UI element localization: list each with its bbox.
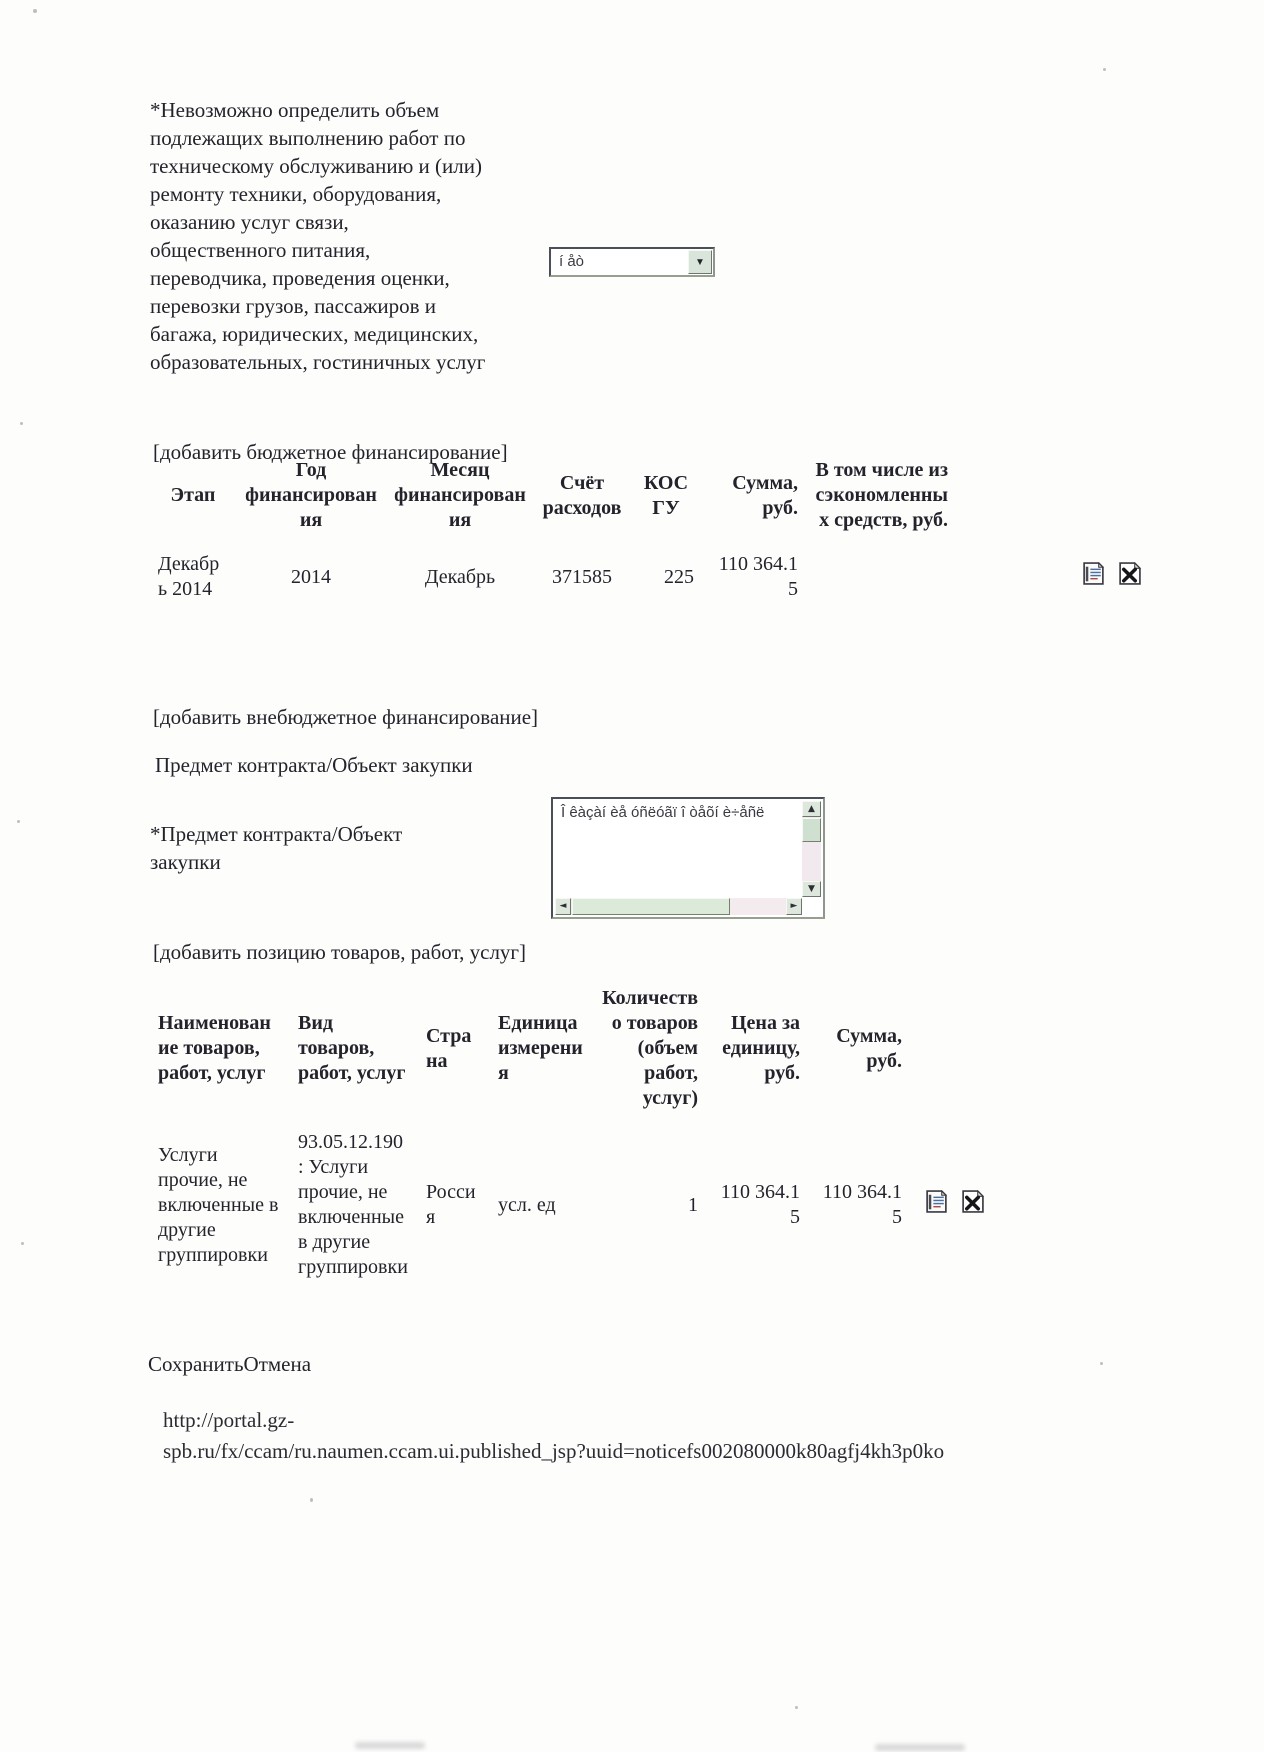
arrow-up-glyph: ▲ xyxy=(808,804,815,814)
delete-x-icon xyxy=(1117,561,1142,586)
col-country: Страна xyxy=(418,983,490,1114)
scan-speck xyxy=(1100,1362,1103,1365)
scan-speck xyxy=(795,1706,798,1709)
add-extrabudget-financing-link[interactable]: [добавить внебюджетное финансирование] xyxy=(153,705,538,730)
scan-speck xyxy=(1103,68,1106,71)
edit-document-icon xyxy=(924,1189,949,1214)
horizontal-scroll-thumb[interactable] xyxy=(572,898,730,915)
financing-header-row: Этап Год финансирования Месяц финансиров… xyxy=(150,455,1150,536)
items-table: Наименование товаров, работ, услуг Вид т… xyxy=(150,983,1162,1283)
scan-speck xyxy=(21,1242,24,1245)
row-actions xyxy=(910,1114,1162,1283)
cell-quantity: 1 xyxy=(592,1114,706,1283)
volume-undefined-select[interactable]: í åò ▼ xyxy=(549,247,715,277)
arrow-down-icon[interactable]: ▼ xyxy=(802,881,821,897)
col-sum: Сумма, руб. xyxy=(808,983,910,1114)
cell-kosgu: 225 xyxy=(630,536,702,605)
col-month: Месяц финансирования xyxy=(386,455,534,536)
chevron-down-icon[interactable]: ▼ xyxy=(688,250,712,274)
unable-to-define-volume-label: *Невозможно определить объем подлежащих … xyxy=(150,96,488,376)
col-kosgu: КОСГУ xyxy=(630,455,702,536)
horizontal-scrollbar[interactable]: ◄ ► xyxy=(555,898,802,915)
footer-url-line1: http://portal.gz- xyxy=(163,1405,1143,1436)
arrow-down-glyph: ▼ xyxy=(808,884,815,894)
col-sum: Сумма, руб. xyxy=(702,455,806,536)
chevron-glyph: ▼ xyxy=(695,257,705,268)
cell-type: 93.05.12.190 : Услуги прочие, не включен… xyxy=(290,1114,418,1283)
cell-saved xyxy=(806,536,956,605)
col-saved: В том числе из сэкономленных средств, ру… xyxy=(806,455,956,536)
cell-unit: усл. ед xyxy=(490,1114,592,1283)
delete-row-icon[interactable] xyxy=(1117,561,1142,593)
edit-row-icon[interactable] xyxy=(1081,561,1106,593)
delete-x-icon xyxy=(960,1189,985,1214)
col-account: Счёт расходов xyxy=(534,455,630,536)
arrow-up-icon[interactable]: ▲ xyxy=(802,801,821,817)
add-position-link[interactable]: [добавить позицию товаров, работ, услуг] xyxy=(153,940,526,965)
scan-speck xyxy=(17,820,20,823)
cell-year: 2014 xyxy=(236,536,386,605)
col-stage: Этап xyxy=(150,455,236,536)
save-button[interactable]: Сохранить xyxy=(148,1352,244,1376)
items-header-row: Наименование товаров, работ, услуг Вид т… xyxy=(150,983,1162,1114)
vertical-scrollbar[interactable]: ▲ ▼ xyxy=(802,801,821,897)
subject-label: *Предмет контракта/Объект закупки xyxy=(150,820,440,876)
subject-textarea[interactable]: Î êàçàí èå óñëóãï î òåõí è÷åñë ▲ ▼ ◄ ► xyxy=(551,797,825,919)
cell-account: 371585 xyxy=(534,536,630,605)
footer-url: http://portal.gz- spb.ru/fx/ccam/ru.naum… xyxy=(163,1405,1143,1467)
cell-unit-price: 110 364.15 xyxy=(706,1114,808,1283)
delete-row-icon[interactable] xyxy=(960,1189,985,1221)
col-name: Наименование товаров, работ, услуг xyxy=(150,983,290,1114)
col-actions xyxy=(910,983,1162,1114)
col-actions xyxy=(956,455,1150,536)
edit-document-icon xyxy=(1081,561,1106,586)
financing-table: Этап Год финансирования Месяц финансиров… xyxy=(150,455,1150,605)
footer-url-line2: spb.ru/fx/ccam/ru.naumen.ccam.ui.publish… xyxy=(163,1436,1143,1467)
scan-smudge xyxy=(875,1744,965,1751)
arrow-left-icon[interactable]: ◄ xyxy=(555,898,571,915)
scan-smudge xyxy=(355,1742,425,1749)
cell-sum: 110 364.15 xyxy=(702,536,806,605)
scan-speck xyxy=(310,1498,313,1502)
row-actions xyxy=(956,536,1150,605)
subject-textarea-value: Î êàçàí èå óñëóãï î òåõí è÷åñë xyxy=(553,799,823,821)
form-actions: СохранитьОтмена xyxy=(148,1352,311,1377)
col-unit: Единица измерения xyxy=(490,983,592,1114)
cell-sum: 110 364.15 xyxy=(808,1114,910,1283)
cancel-button[interactable]: Отмена xyxy=(244,1352,312,1376)
cell-name: Услуги прочие, не включенные в другие гр… xyxy=(150,1114,290,1283)
cell-stage: Декабрь 2014 xyxy=(150,536,236,605)
financing-row: Декабрь 2014 2014 Декабрь 371585 225 110… xyxy=(150,536,1150,605)
col-type: Вид товаров, работ, услуг xyxy=(290,983,418,1114)
subject-section-title: Предмет контракта/Объект закупки xyxy=(155,753,473,778)
col-quantity: Количество товаров (объем работ, услуг) xyxy=(592,983,706,1114)
vertical-scroll-thumb[interactable] xyxy=(802,818,821,842)
arrow-left-glyph: ◄ xyxy=(560,901,567,911)
col-unit-price: Цена за единицу, руб. xyxy=(706,983,808,1114)
edit-row-icon[interactable] xyxy=(924,1189,949,1221)
arrow-right-glyph: ► xyxy=(791,901,798,911)
cell-month: Декабрь xyxy=(386,536,534,605)
col-year: Год финансирования xyxy=(236,455,386,536)
arrow-right-icon[interactable]: ► xyxy=(786,898,802,915)
items-row: Услуги прочие, не включенные в другие гр… xyxy=(150,1114,1162,1283)
scan-speck xyxy=(20,422,23,425)
scan-speck xyxy=(33,9,37,13)
cell-country: Россия xyxy=(418,1114,490,1283)
